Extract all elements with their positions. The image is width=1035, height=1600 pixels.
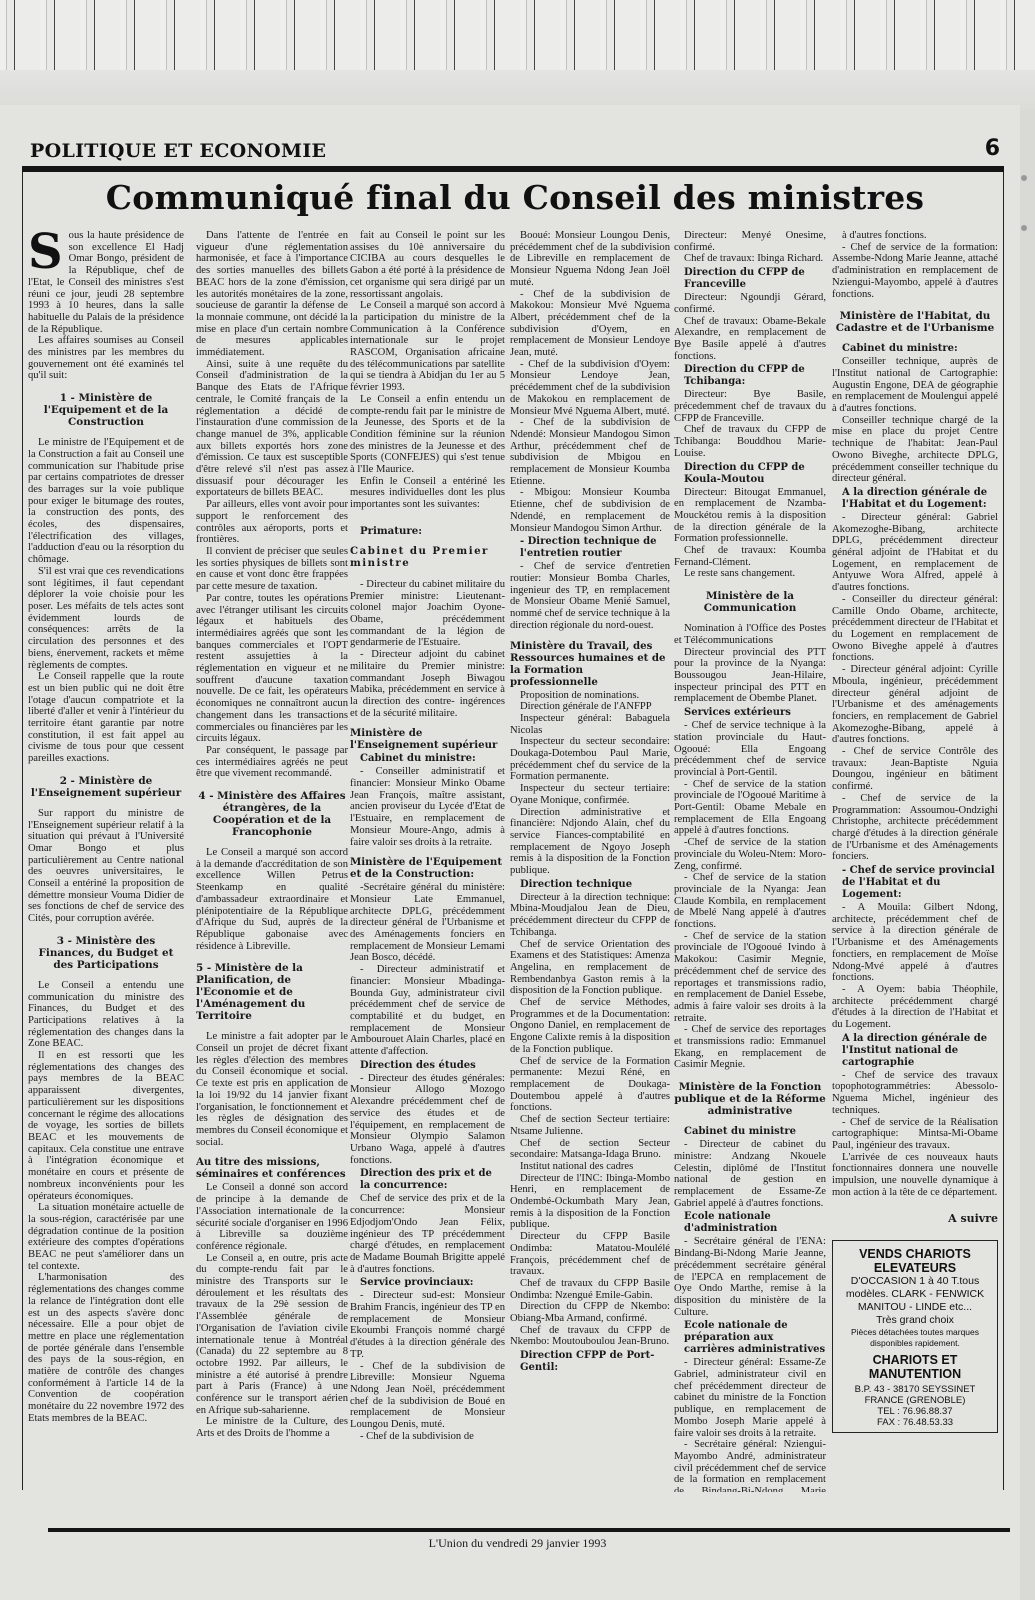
column-4: Booué: Monsieur Loungou Denis, précédemm… [510,230,670,1492]
paragraph: Le Conseil a enfin entendu un compte-ren… [350,394,505,476]
paragraph: Nomination à l'Office des Postes et Télé… [674,623,826,646]
paragraph: - Chef de service de la Programmation: A… [832,793,998,863]
paragraph: fait au Conseil le point sur les assises… [350,230,505,300]
paragraph: Chef de service des prix et de la concur… [350,1193,505,1275]
paragraph: Inspecteur du secteur tertiaire: Oyane M… [510,783,670,806]
paragraph: Les affaires soumises au Conseil des min… [28,335,184,382]
paragraph: Le Conseil a entendu une communication d… [28,980,184,1050]
paragraph: Conseiller technique, auprès de l'Instit… [832,356,998,415]
subheading: Ecole nationale d'administration [684,1211,826,1235]
paragraph: Direction du CFPP de Nkembo: Obiang-Mba … [510,1301,670,1324]
paragraph: -Secrétaire général du ministère: Monsie… [350,882,505,964]
paragraph: Enfin le Conseil a entériné les mesures … [350,476,505,511]
paragraph: - A Mouila: Gilbert Ndong, architecte, p… [832,902,998,984]
paragraph: - Secrétaire général: Nziengui-Mayombo A… [674,1439,826,1492]
subheading: Cabinet du ministre: [842,343,998,355]
paragraph: Directeur à la direction technique: Mbin… [510,892,670,939]
paragraph: - Chef de la subdivision de Ndendé: Mons… [510,417,670,487]
paragraph: - Chef de service Contrôle des travaux: … [832,746,998,793]
subheading: Direction des études [360,1060,505,1072]
paragraph: Par contre, toutes les opérations avec l… [196,593,348,745]
paragraph: - Secrétaire général de l'ENA: Bindang-B… [674,1236,826,1318]
paragraph: - Chef de service de la Réalisation cart… [832,1117,998,1152]
subheading: Ministère du Travail, des Ressources hum… [510,640,670,688]
column-3: fait au Conseil le point sur les assises… [350,230,505,1492]
paragraph: Chef de travaux du CFPP de Tchibanga: Bo… [674,424,826,459]
paragraph: - Directeur de cabinet du ministre: Andz… [674,1139,826,1209]
paragraph: - Chef de la subdivision d'Oyem: Monsieu… [510,359,670,418]
subheading: Direction du CFPP de Koula-Moutou [684,462,826,486]
paragraph: -Chef de service de la station provincia… [674,837,826,872]
subheading: Cabinet du Premier ministre [350,545,505,569]
subheading: Ministère de l'Habitat, du Cadastre et d… [832,310,998,334]
ad-phone: TEL : 76.96.88.37 [837,1406,993,1417]
subheading: Ministère de la Communication [674,590,826,614]
paragraph: - Directeur du cabinet militaire du Prem… [350,579,505,649]
subheading: 5 - Ministère de la Planification, de l'… [196,962,348,1022]
column-6: à d'autres fonctions. - Chef de service … [832,230,998,1492]
subheading: - Direction technique de l'entretien rou… [520,536,670,560]
subheading: Cabinet du ministre: [360,753,505,765]
paragraph: L'harmonisation des réglementations des … [28,1272,184,1424]
paragraph: Chef de section Secteur secondaire: Mats… [510,1138,670,1161]
subheading: Services extérieurs [684,707,826,719]
section-title: POLITIQUE ET ECONOMIE [30,140,326,162]
paragraph: - Directeur général adjoint: Cyrille Mbo… [832,664,998,746]
column-5: Directeur: Menyé Onesime, confirmé. Chef… [674,230,826,1492]
ad-title-line: ELEVATEURS [837,1261,993,1275]
paragraph: Directeur: Bye Basile, précedemment chef… [674,389,826,424]
paragraph: Chef de service Orientation des Examens … [510,939,670,998]
ad-address: FRANCE (GRENOBLE) [837,1395,993,1406]
paragraph: - Chef de service de la formation: Assem… [832,242,998,301]
paragraph: - Directeur sud-est: Monsieur Brahim Fra… [350,1290,505,1360]
section-header: POLITIQUE ET ECONOMIE 6 [30,140,1000,168]
paragraph: - Chef de service d'entretien routier: M… [510,561,670,631]
paragraph: - Mbigou: Monsieur Koumba Etienne, chef … [510,487,670,534]
paragraph: Chef de travaux: Koumba Fernand-Clément. [674,545,826,568]
paragraph: Le reste sans changement. [674,568,826,580]
paragraph: - Directeur général: Essame-Ze Gabriel, … [674,1357,826,1439]
paragraph: Directeur du CFPP Basile Ondimba: Matato… [510,1231,670,1278]
paragraph: Par ailleurs, elles vont avoir pour supp… [196,499,348,546]
paragraph: Le Conseil a marqué son accord à la part… [350,300,505,394]
subheading: Primature: [360,525,505,537]
subheading: 1 - Ministère de l'Equipement et de la C… [28,392,184,428]
paragraph: Le Conseil a donné son accord de princip… [196,1182,348,1252]
paragraph: Dans l'attente de l'entrée en vigueur d'… [196,230,348,359]
subheading: Au titre des missions, séminaires et con… [196,1156,348,1180]
column-1: Sous la haute présidence de son excellen… [28,230,184,1492]
paragraph: - Chef de service technique à la station… [674,720,826,779]
headline: Communiqué final du Conseil des ministre… [30,178,1000,217]
paragraph: à d'autres fonctions. [832,230,998,242]
paragraph: - Conseiller du directeur général: Camil… [832,594,998,664]
subheading: Direction du CFPP de Tchibanga: [684,364,826,388]
paragraph: Directeur de l'INC: Ibinga-Mombo Henri, … [510,1173,670,1232]
subheading: A la direction générale de l'Habitat et … [842,487,998,511]
ad-title-line: VENDS CHARIOTS [837,1247,993,1261]
footer-rule [48,1528,1010,1532]
paragraph: Par conséquent, le passage par ces inter… [196,745,348,780]
paragraph: Direction générale de l'ANFPP [510,701,670,713]
subheading: Direction CFPP de Port-Gentil: [520,1350,670,1374]
paragraph: - Chef de service des reportages et tran… [674,1024,826,1071]
paragraph: - Chef de service des travaux topophotog… [832,1070,998,1117]
subheading: Service provinciaux: [360,1277,505,1289]
paragraph: Booué: Monsieur Loungou Denis, précédemm… [510,230,670,289]
column-2: Dans l'attente de l'entrée en vigueur d'… [196,230,348,1492]
ad-text: Pièces détachées toutes marques disponib… [837,1327,993,1349]
paragraph: - Chef de service de la station provinci… [674,872,826,931]
subheading: Ecole nationale de préparation aux carri… [684,1320,826,1356]
paragraph: - Chef de la subdivision de Makokou: Mon… [510,289,670,359]
paragraph: Le ministre de l'Equipement et de la Con… [28,437,184,566]
paragraph: Il en est ressorti que les réglementatio… [28,1050,184,1202]
paragraph: - Chef de service de la station provinci… [674,931,826,1025]
paragraph: - Chef de service de la station provinci… [674,779,826,838]
paragraph: Chef de travaux du CFPP Basile Ondimba: … [510,1278,670,1301]
paragraph: Directeur: Menyé Onesime, confirmé. [674,230,826,253]
classified-ad: VENDS CHARIOTS ELEVATEURS D'OCCASION 1 à… [832,1240,998,1433]
paragraph: Directeur: Ngoundji Gérard, confirmé. [674,292,826,315]
subheading: 3 - Ministère des Finances, du Budget et… [28,935,184,971]
paragraph: Le Conseil a marqué son accord à la dema… [196,847,348,952]
binder-hole [1021,225,1027,231]
paragraph: Chef de travaux: Ibinga Richard. [674,253,826,265]
paragraph: - A Oyem: babia Théophile, architecte pr… [832,984,998,1031]
paragraph: Direction administrative et financière: … [510,807,670,877]
ad-fax: FAX : 76.48.53.33 [837,1417,993,1428]
paragraph: Chef de section Secteur tertiaire: Ntsam… [510,1114,670,1137]
subheading: Ministère de l'Enseignement supérieur [350,727,505,751]
paragraph: Sur rapport du ministre de l'Enseignemen… [28,808,184,925]
subheading: 4 - Ministère des Affaires étrangères, d… [196,790,348,838]
paragraph: - Chef de la subdivision de Libreville: … [350,1361,505,1431]
subheading: Direction du CFPP de Franceville [684,267,826,291]
paragraph: Chef de travaux du CFPP de Nkembo: Mouto… [510,1325,670,1348]
paragraph: - Directeur adjoint du cabinet militaire… [350,649,505,719]
subheading: Direction des prix et de la concurrence: [360,1168,505,1192]
paragraph: Institut national des cadres [510,1161,670,1173]
paragraph: Conseiller technique chargé de la mise e… [832,415,998,485]
ad-text: D'OCCASION 1 à 40 T.tous modèles. CLARK … [837,1275,993,1314]
paragraph: Le Conseil rappelle que la route est un … [28,671,184,765]
paragraph: Chef de service de la Formation permanen… [510,1056,670,1115]
paragraph: Ainsi, suite à une requête du Conseil d'… [196,359,348,499]
ad-text: Très grand choix [837,1314,993,1327]
paragraph: Proposition de nominations. [510,690,670,702]
subheading: Direction technique [520,879,670,891]
paragraph: Directeur provincial des PTT pour la pro… [674,647,826,706]
paragraph: S'il est vrai que ces revendications son… [28,566,184,671]
paragraph: Le ministre a fait adopter par le Consei… [196,1031,348,1148]
paragraph: Chef de travaux: Obame-Bekale Alexandre,… [674,316,826,363]
scan-top-edge [0,0,1035,110]
paragraph: Inspecteur général: Babaguela Nicolas [510,713,670,736]
article-columns: Sous la haute présidence de son excellen… [28,230,1000,1492]
binder-hole [1021,175,1027,181]
paragraph: Inspecteur du secteur secondaire: Doukag… [510,736,670,783]
page-number: 6 [985,136,1000,161]
paragraph: L'arrivée de ces nouveaux hauts fonction… [832,1152,998,1199]
ad-company-line: MANUTENTION [837,1367,993,1381]
subheading: A la direction générale de l'Institut na… [842,1033,998,1069]
subheading: Ministère de l'Equipement et de la Const… [350,856,505,880]
ad-company-line: CHARIOTS ET [837,1353,993,1367]
paragraph: - Chef de la subdivision de [350,1431,505,1443]
continued-label: A suivre [832,1213,998,1225]
paragraph: Le ministre de la Culture, des Arts et d… [196,1416,348,1439]
footer-dateline: L'Union du vendredi 29 janvier 1993 [0,1536,1035,1551]
paragraph: La situation monétaire actuelle de la so… [28,1202,184,1272]
paragraph: - Directeur administratif et financier: … [350,964,505,1058]
subheading: Cabinet du ministre [684,1126,826,1138]
paragraph: Le Conseil a, en outre, pris acte du com… [196,1253,348,1417]
paragraph: Directeur: Bitougat Emmanuel, en remplac… [674,487,826,546]
subheading: - Chef de service provincial de l'Habita… [842,865,998,901]
ad-address: B.P. 43 - 38170 SEYSSINET [837,1384,993,1395]
paragraph: Chef de service Méthodes, Programmes et … [510,997,670,1056]
subheading: 2 - Ministère de l'Enseignement supérieu… [28,775,184,799]
paragraph: - Directeur général: Gabriel Akomezoghe-… [832,512,998,594]
paragraph: Il convient de préciser que seules les s… [196,546,348,593]
paragraph: - Conseiller administratif et financier:… [350,766,505,848]
subheading: Ministère de la Fonction publique et de … [674,1081,826,1117]
paragraph: - Directeur des études générales: Monsie… [350,1073,505,1167]
dropcap: S [28,232,63,272]
